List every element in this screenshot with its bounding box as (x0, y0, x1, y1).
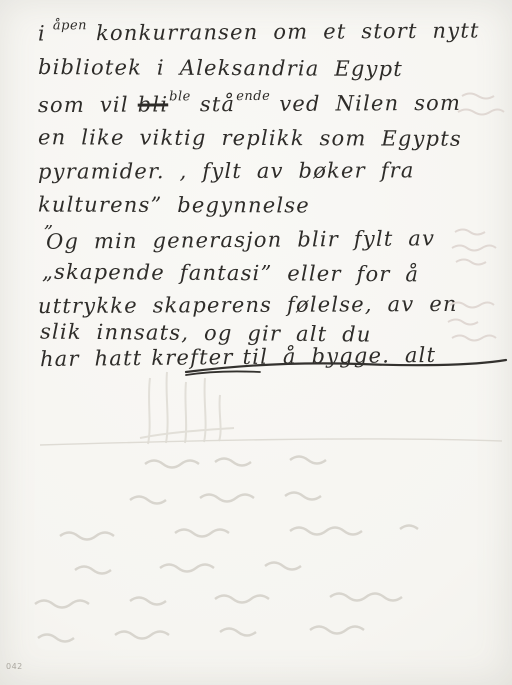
manuscript-line-3: som vilblibleståendeved Nilen som (38, 91, 461, 117)
line1-inserted-word: åpen (53, 18, 87, 33)
line1-post: konkurransen om et stort nytt (96, 18, 480, 45)
line2-text: bibliotek i Aleksandria Egypt (38, 55, 403, 81)
line10-text: slik innsats, og gir alt du (40, 320, 372, 347)
line7-text: Og min generasjon blir fylt av (46, 226, 435, 253)
line3-pre: som vil (38, 93, 129, 117)
line3-insert-2: ende (236, 89, 270, 104)
line11-underlined-word: krefter (151, 345, 234, 370)
manuscript-line-4: en like viktig replikk som Egypts (38, 125, 462, 150)
line3-mid: stå (200, 92, 235, 116)
line4-text: en like viktig replikk som Egypts (38, 125, 462, 150)
line3-post: ved Nilen som (279, 91, 461, 116)
line1-pre: i (38, 21, 46, 45)
manuscript-line-6: kulturens” begynnelse (38, 193, 310, 218)
line5-text: pyramider. , fylt av bøker fra (38, 158, 415, 183)
manuscript-line-10: slik innsats, og gir alt du (40, 320, 372, 347)
line6-text: kulturens” begynnelse (38, 193, 310, 218)
ghost-sketch-cluster (140, 372, 234, 444)
manuscript-line-11: har hattkreftertil å bygge. alt (40, 343, 436, 371)
line11-pre: har hatt (40, 346, 143, 371)
ghost-handwriting-lines (35, 457, 418, 642)
line3-insert-1: ble (169, 89, 191, 104)
manuscript-line-8: „skapende fantasi” eller for å (42, 260, 419, 287)
ghost-handwriting-line (38, 627, 364, 642)
scanned-manuscript-page: iåpenkonkurransen om et stort nytt bibli… (0, 0, 512, 685)
page-number: 042 (6, 662, 23, 671)
manuscript-line-7: Og min generasjon blir fylt av (46, 226, 435, 253)
manuscript-line-9: uttrykke skaperens følelse, av en (38, 292, 458, 318)
manuscript-line-5: pyramider. , fylt av bøker fra (38, 158, 415, 183)
line8-text: „skapende fantasi” eller for å (42, 260, 419, 287)
manuscript-line-1: iåpenkonkurransen om et stort nytt (38, 18, 480, 45)
ghost-handwriting-line (35, 594, 402, 608)
line3-struck-word: bli (138, 92, 169, 116)
line9-text: uttrykke skaperens følelse, av en (38, 292, 458, 318)
line11-post: til å bygge. alt (242, 343, 436, 369)
manuscript-line-2: bibliotek i Aleksandria Egypt (38, 55, 403, 81)
ghost-handwriting-line (75, 563, 301, 574)
paper-crease-line (40, 439, 502, 445)
ghost-handwriting-line (130, 493, 321, 504)
ghost-handwriting-line (60, 526, 418, 540)
ghost-handwriting-line (145, 457, 326, 468)
